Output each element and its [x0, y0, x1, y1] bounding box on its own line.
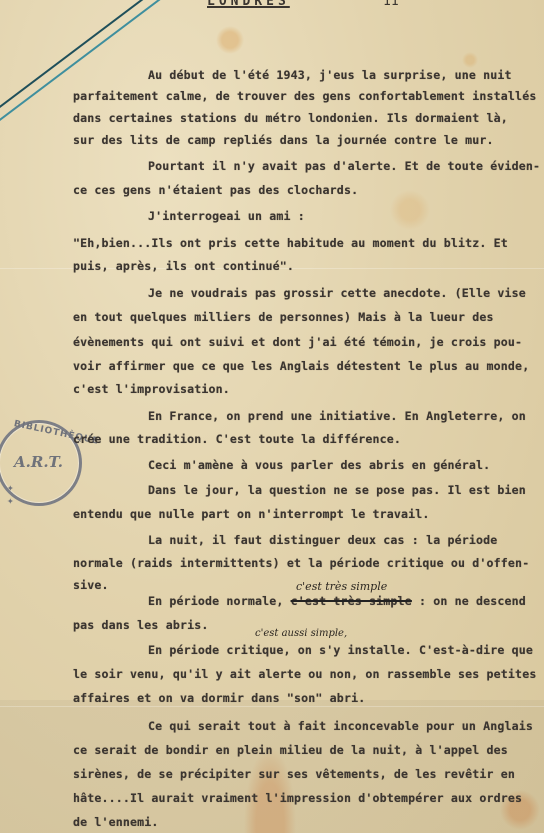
- text-line: "Eh,bien...Ils ont pris cette habitude a…: [73, 236, 508, 250]
- text-line: En France, on prend une initiative. En A…: [148, 409, 526, 423]
- text-line: en tout quelques milliers de personnes) …: [73, 310, 494, 324]
- text-line: hâte....Il aurait vraiment l'impression …: [73, 791, 522, 805]
- text-line: entendu que nulle part on n'interrompt l…: [73, 507, 430, 521]
- critical-period-line: En période critique, on s'y installe. C'…: [148, 643, 533, 657]
- text-line: voir affirmer que ce que les Anglais dét…: [73, 359, 529, 373]
- paper-fold: [0, 706, 544, 707]
- text-line: de l'ennemi.: [73, 815, 159, 829]
- text-line: affaires et on va dormir dans "son" abri…: [73, 691, 365, 705]
- struck-text: c'est très simple: [291, 594, 412, 608]
- normal-period-tail: : on ne descend: [412, 594, 526, 608]
- text-line: Au début de l'été 1943, j'eus la surpris…: [148, 68, 512, 82]
- text-line: évènements qui ont suivi et dont j'ai ét…: [73, 335, 522, 349]
- text-line: Dans le jour, la question ne se pose pas…: [148, 483, 526, 497]
- ink-diagonal-line-light: [0, 0, 171, 128]
- handwritten-insertion: c'est aussi simple,: [255, 628, 347, 639]
- text-line: ce serait de bondir en plein milieu de l…: [73, 743, 508, 757]
- text-line: Ce qui serait tout à fait inconcevable p…: [148, 719, 533, 733]
- text-line: La nuit, il faut distinguer deux cas : l…: [148, 533, 497, 547]
- text-line: ce ces gens n'étaient pas des clochards.: [73, 183, 358, 197]
- text-line: sur des lits de camp repliés dans la jou…: [73, 133, 494, 147]
- star-icon: ✦ ✦: [7, 481, 79, 507]
- text-line: Pourtant il n'y avait pas d'alerte. Et d…: [148, 159, 540, 173]
- text-line: puis, après, ils ont continué".: [73, 259, 294, 273]
- text-line: J'interrogeai un ami :: [148, 209, 305, 223]
- text-line: Je ne voudrais pas grossir cette anecdot…: [148, 286, 526, 300]
- library-stamp: BIBLIOTHÈQUE A.R.T. ✦ ✦: [0, 420, 82, 506]
- text-line: normale (raids intermittents) et la péri…: [73, 556, 529, 570]
- text-line: crée une tradition. C'est toute la diffé…: [73, 432, 401, 446]
- stamp-center-text: A.R.T.: [14, 453, 63, 471]
- text-line: Ceci m'amène à vous parler des abris en …: [148, 458, 490, 472]
- normal-period-lead: En période normale,: [148, 594, 291, 608]
- text-line: le soir venu, qu'il y ait alerte ou non,…: [73, 667, 536, 681]
- page-number: 11: [383, 0, 399, 9]
- page-header: LONDRES 11: [207, 0, 290, 9]
- text-line: dans certaines stations du métro londoni…: [73, 111, 508, 125]
- text-line: sirènes, de se précipiter sur ses vêteme…: [73, 767, 515, 781]
- handwritten-correction: c'est très simple: [296, 580, 387, 593]
- text-line: c'est l'improvisation.: [73, 382, 230, 396]
- normal-period-line: En période normale, c'est très simple : …: [148, 594, 526, 608]
- page-title: LONDRES: [207, 0, 290, 9]
- text-line: pas dans les abris.: [73, 618, 208, 632]
- text-line: sive.: [73, 578, 109, 592]
- text-line: parfaitement calme, de trouver des gens …: [73, 89, 536, 103]
